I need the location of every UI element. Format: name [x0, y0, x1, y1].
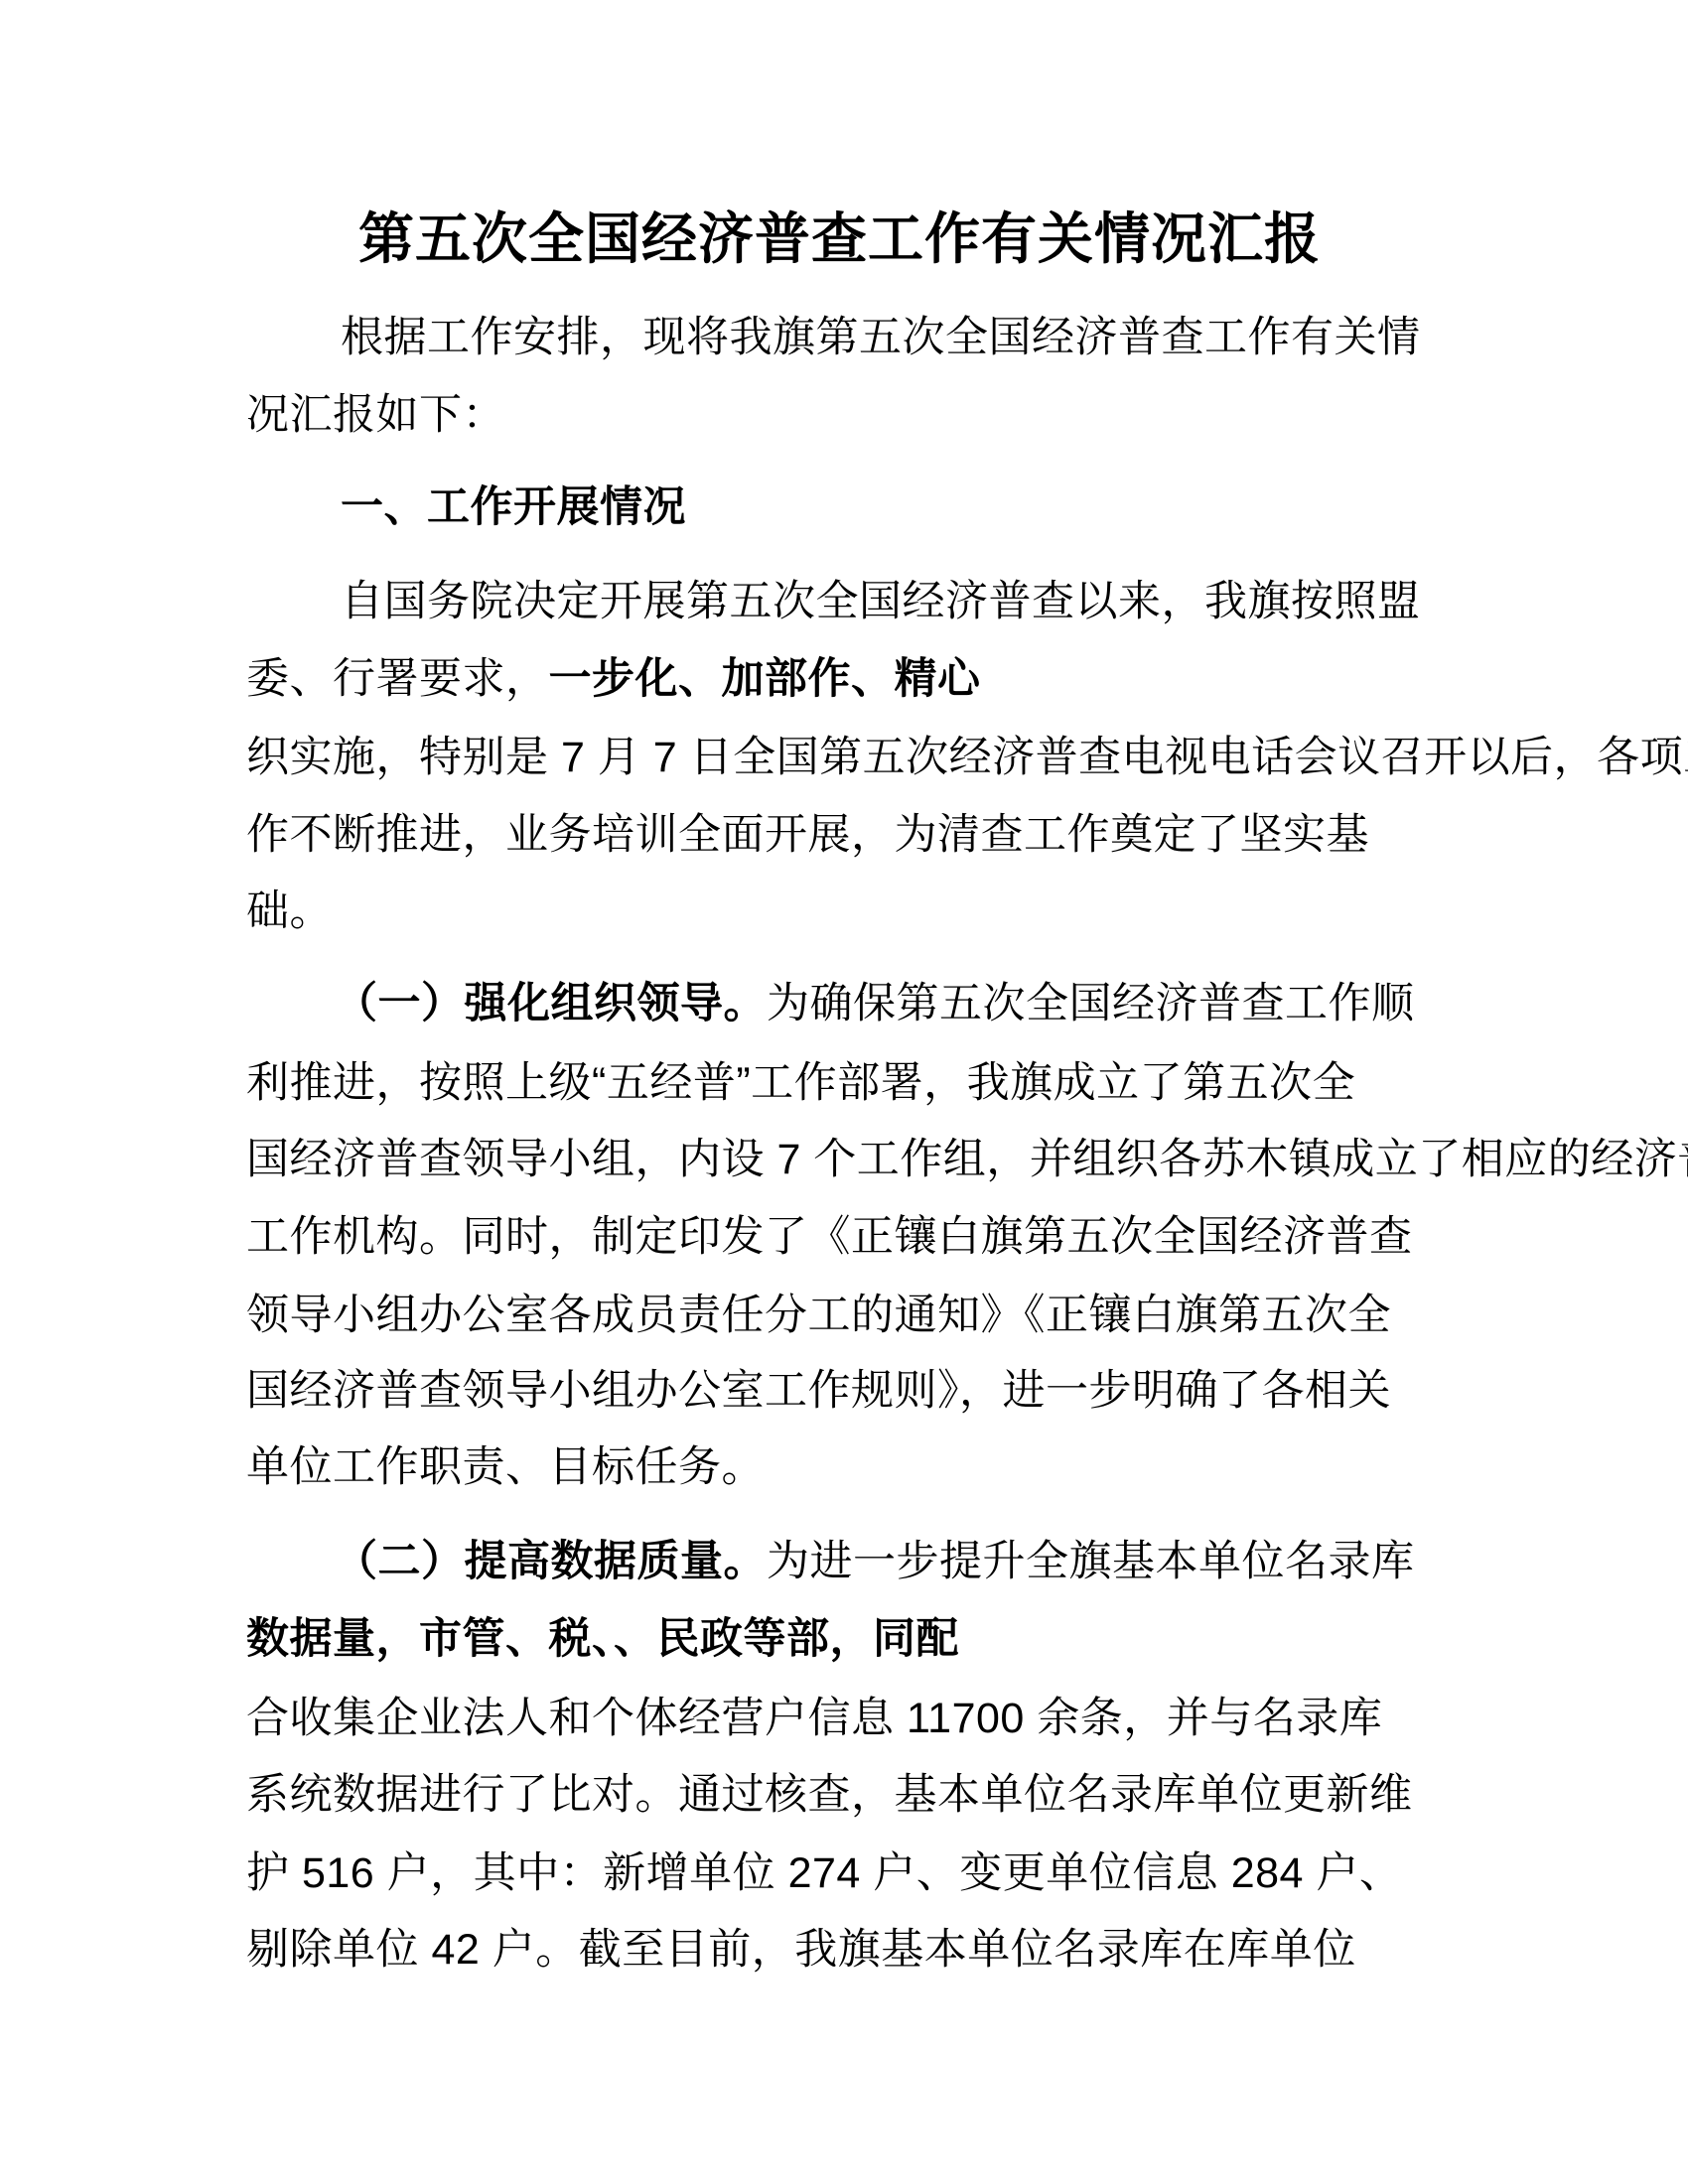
- text-run: 利推进，按照上级“五经普”工作部署，我旗成立了第五次全: [246, 1059, 1355, 1107]
- paragraph-line: 工作机构。同时，制定印发了《正镶白旗第五次全国经济普查: [246, 1215, 1413, 1260]
- paragraph-line: 护 516 户，其中：新增单位 274 户、变更单位信息 284 户、: [246, 1851, 1402, 1896]
- text-run: 况汇报如下：: [246, 391, 505, 439]
- section-heading: 一、工作开展情况: [341, 485, 686, 530]
- paragraph-line: （二）提高数据质量。为进一步提升全旗基本单位名录库: [335, 1540, 1415, 1584]
- text-run-bold: 一、工作开展情况: [341, 483, 686, 531]
- text-run: 护 516 户，其中：新增单位 274 户、变更单位信息 284 户、: [246, 1849, 1402, 1897]
- paragraph-line: 领导小组办公室各成员责任分工的通知》《正镶白旗第五次全: [246, 1294, 1391, 1338]
- text-run: 国经济普查领导小组办公室工作规则》，进一步明确了各相关: [246, 1367, 1391, 1415]
- text-run: 剔除单位 42 户。截至目前，我旗基本单位名录库在库单位: [246, 1926, 1356, 1974]
- text-run-bold: （一）强化组织领导。: [335, 980, 767, 1027]
- paragraph-line: （一）强化组织领导。为确保第五次全国经济普查工作顺: [335, 982, 1415, 1026]
- text-run: 委、行署要求，: [246, 655, 549, 703]
- paragraph-line: 国经济普查领导小组办公室工作规则》，进一步明确了各相关: [246, 1369, 1391, 1414]
- paragraph-line: 数据量，市管、税、、民政等部，同配: [246, 1617, 959, 1662]
- text-run: 为进一步提升全旗基本单位名录库: [767, 1538, 1415, 1585]
- text-run: 根据工作安排，现将我旗第五次全国经济普查工作有关情: [341, 314, 1421, 361]
- text-run: 工作机构。同时，制定印发了《正镶白旗第五次全国经济普查: [246, 1213, 1413, 1261]
- paragraph-line: 况汇报如下：: [246, 393, 505, 438]
- paragraph-line: 单位工作职责、目标任务。: [246, 1445, 765, 1490]
- title-text: 第五次全国经济普查工作有关情况汇报: [358, 207, 1321, 270]
- text-run: 国经济普查领导小组，内设 7 个工作组，并组织各苏木镇成立了相应的经济普查: [246, 1136, 1688, 1183]
- paragraph-line: 根据工作安排，现将我旗第五次全国经济普查工作有关情: [341, 316, 1421, 360]
- paragraph-line: 利推进，按照上级“五经普”工作部署，我旗成立了第五次全: [246, 1061, 1355, 1106]
- text-run-bold: 一步化、加部作、精心: [549, 655, 981, 703]
- paragraph-line: 委、行署要求，一步化、加部作、精心: [246, 657, 981, 702]
- text-run: 自国务院决定开展第五次全国经济普查以来，我旗按照盟: [341, 578, 1421, 625]
- text-run: 织实施，特别是 7 月 7 日全国第五次经济普查电视电话会议召开以后，各项工: [246, 734, 1688, 781]
- document-title: 第五次全国经济普查工作有关情况汇报: [358, 210, 1321, 269]
- text-run: 础。: [246, 887, 333, 935]
- text-run: 合收集企业法人和个体经营户信息 11700 余条，并与名录库: [246, 1695, 1382, 1742]
- paragraph-line: 自国务院决定开展第五次全国经济普查以来，我旗按照盟: [341, 580, 1421, 624]
- paragraph-line: 织实施，特别是 7 月 7 日全国第五次经济普查电视电话会议召开以后，各项工: [246, 736, 1688, 780]
- paragraph-line: 作不断推进，业务培训全面开展，为清查工作奠定了坚实基: [246, 813, 1369, 858]
- text-run: 单位工作职责、目标任务。: [246, 1443, 765, 1491]
- paragraph-line: 国经济普查领导小组，内设 7 个工作组，并组织各苏木镇成立了相应的经济普查: [246, 1138, 1688, 1182]
- paragraph-line: 剔除单位 42 户。截至目前，我旗基本单位名录库在库单位: [246, 1928, 1356, 1973]
- text-run: 为确保第五次全国经济普查工作顺: [767, 980, 1415, 1027]
- text-run: 作不断推进，业务培训全面开展，为清查工作奠定了坚实基: [246, 811, 1369, 859]
- paragraph-line: 础。: [246, 889, 333, 934]
- text-run: 系统数据进行了比对。通过核查，基本单位名录库单位更新维: [246, 1771, 1413, 1819]
- text-run: 领导小组办公室各成员责任分工的通知》《正镶白旗第五次全: [246, 1292, 1391, 1339]
- text-run-bold: 数据量，市管、税、、民政等部，同配: [246, 1615, 959, 1663]
- paragraph-line: 系统数据进行了比对。通过核查，基本单位名录库单位更新维: [246, 1773, 1413, 1818]
- paragraph-line: 合收集企业法人和个体经营户信息 11700 余条，并与名录库: [246, 1697, 1382, 1741]
- text-run-bold: （二）提高数据质量。: [335, 1538, 767, 1585]
- document-page: 第五次全国经济普查工作有关情况汇报 根据工作安排，现将我旗第五次全国经济普查工作…: [0, 0, 1688, 2184]
